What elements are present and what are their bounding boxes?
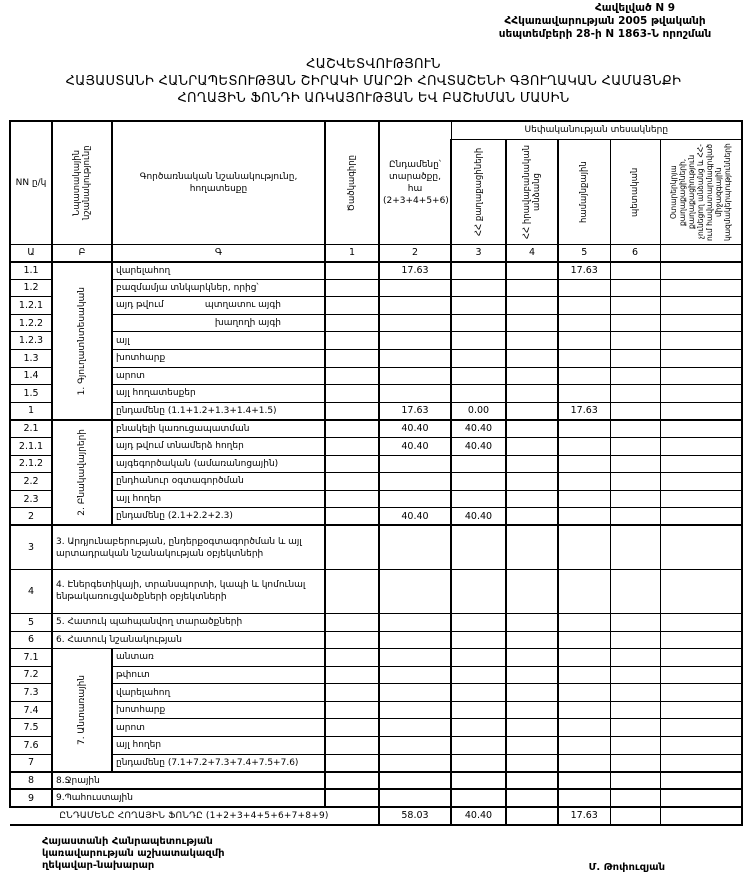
table-row: 7.6այլ հողեր xyxy=(10,737,742,755)
row-label: 5. Հատուկ պահպանվող տարածքների xyxy=(52,613,325,631)
table-row: 1.2.2խաղողի այգի xyxy=(10,314,742,332)
value-cell-c2 xyxy=(451,473,506,491)
row-label: այդ թվումպտղատու այգի xyxy=(112,297,325,315)
index-cell: 3 xyxy=(451,244,506,262)
table-row: 7.17. Անտառայինանտառ xyxy=(10,649,742,667)
value-cell-c6 xyxy=(660,367,742,385)
value-cell-total xyxy=(379,314,451,332)
value-cell-total xyxy=(379,701,451,719)
value-cell-c4 xyxy=(558,772,610,790)
row-number: 1 xyxy=(10,402,52,420)
value-cell-c6 xyxy=(660,473,742,491)
value-cell-c3 xyxy=(506,508,558,526)
row-label: այլ հողեր xyxy=(112,490,325,508)
header-col-3: ՀՀ իրավաբանական անձանց xyxy=(506,139,558,244)
value-cell-c2 xyxy=(451,349,506,367)
value-cell-c6 xyxy=(660,719,742,737)
value-cell-total: 40.40 xyxy=(379,437,451,455)
row-code xyxy=(325,525,379,569)
value-cell-total xyxy=(379,473,451,491)
row-label: 4. Էներգետիկայի, տրանսպորտի, կապի և կոմո… xyxy=(52,569,325,613)
value-cell-total: 17.63 xyxy=(379,262,451,280)
value-cell-c3 xyxy=(506,332,558,350)
value-cell-c4 xyxy=(558,437,610,455)
row-label: այդ թվում տնամերձ հողեր xyxy=(112,437,325,455)
value-cell-total xyxy=(379,649,451,667)
value-cell-c4 xyxy=(558,367,610,385)
value-cell-c4 xyxy=(558,332,610,350)
row-label: 8.Ջրային xyxy=(52,772,325,790)
row-label: վարելահող xyxy=(112,262,325,280)
row-number: 1.2.3 xyxy=(10,332,52,350)
value-cell-c5 xyxy=(610,649,660,667)
value-cell-c5 xyxy=(610,719,660,737)
value-cell-c4 xyxy=(558,349,610,367)
row-label: ընդամենը (7.1+7.2+7.3+7.4+7.5+7.6) xyxy=(112,754,325,772)
index-cell: 4 xyxy=(506,244,558,262)
table-row: 1.4արոտ xyxy=(10,367,742,385)
row-code xyxy=(325,332,379,350)
row-code xyxy=(325,437,379,455)
table-row: 1ընդամենը (1.1+1.2+1.3+1.4+1.5)17.630.00… xyxy=(10,402,742,420)
value-cell-c3 xyxy=(506,367,558,385)
value-cell-c5 xyxy=(610,314,660,332)
table-row: 1.3խոտհարք xyxy=(10,349,742,367)
grand-total-total: 58.03 xyxy=(379,807,451,825)
value-cell-c5 xyxy=(610,684,660,702)
value-cell-c5 xyxy=(610,420,660,438)
value-cell-c3 xyxy=(506,297,558,315)
value-cell-c6 xyxy=(660,684,742,702)
value-cell-c5 xyxy=(610,737,660,755)
value-cell-c3 xyxy=(506,754,558,772)
signatory-title: Հայաստանի Հանրապետության կառավարության ա… xyxy=(42,836,225,872)
value-cell-c5 xyxy=(610,490,660,508)
grand-total-c5 xyxy=(610,807,660,825)
value-cell-c6 xyxy=(660,314,742,332)
value-cell-c3 xyxy=(506,631,558,649)
index-cell: Գ xyxy=(112,244,325,262)
row-code xyxy=(325,385,379,403)
value-cell-c4 xyxy=(558,490,610,508)
value-cell-c2 xyxy=(451,367,506,385)
row-label: թփուտ xyxy=(112,666,325,684)
table-row: 2ընդամենը (2.1+2.2+2.3)40.4040.40 xyxy=(10,508,742,526)
row-number: 2.1.1 xyxy=(10,437,52,455)
row-code xyxy=(325,719,379,737)
value-cell-total xyxy=(379,385,451,403)
header-col-6: Օտարերկրյա քաղաքացիների, քաղաքացիություն… xyxy=(660,139,742,244)
value-cell-total: 17.63 xyxy=(379,402,451,420)
value-cell-c3 xyxy=(506,719,558,737)
value-cell-c6 xyxy=(660,666,742,684)
value-cell-c6 xyxy=(660,437,742,455)
index-cell: Ա xyxy=(10,244,52,262)
value-cell-c4 xyxy=(558,385,610,403)
value-cell-c4 xyxy=(558,508,610,526)
value-cell-c4 xyxy=(558,473,610,491)
row-label: խոտհարք xyxy=(112,701,325,719)
value-cell-c4 xyxy=(558,569,610,613)
row-number: 2.3 xyxy=(10,490,52,508)
table-row: 55. Հատուկ պահպանվող տարածքների xyxy=(10,613,742,631)
index-cell: 6 xyxy=(610,244,660,262)
value-cell-c6 xyxy=(660,649,742,667)
row-number: 2 xyxy=(10,508,52,526)
value-cell-total xyxy=(379,613,451,631)
row-code xyxy=(325,262,379,280)
table-row: 1.2.1այդ թվումպտղատու այգի xyxy=(10,297,742,315)
row-number: 7.2 xyxy=(10,666,52,684)
value-cell-c6 xyxy=(660,525,742,569)
table-row: 1.5այլ հողատեսքեր xyxy=(10,385,742,403)
row-number: 4 xyxy=(10,569,52,613)
value-cell-total xyxy=(379,631,451,649)
row-number: 1.2.2 xyxy=(10,314,52,332)
value-cell-c4: 17.63 xyxy=(558,402,610,420)
table-row: 88.Ջրային xyxy=(10,772,742,790)
value-cell-c6 xyxy=(660,332,742,350)
table-row: 2.1.2այգեգործական (ամառանոցային) xyxy=(10,455,742,473)
row-number: 1.2 xyxy=(10,279,52,297)
value-cell-total xyxy=(379,772,451,790)
row-label: անտառ xyxy=(112,649,325,667)
value-cell-c2 xyxy=(451,314,506,332)
index-cell: 1 xyxy=(325,244,379,262)
row-label: խոտհարք xyxy=(112,349,325,367)
table-row: 2.2ընդհանուր օգտագործման xyxy=(10,473,742,491)
value-cell-total xyxy=(379,719,451,737)
category-group-label: 2. Բնակավայրերի xyxy=(52,420,112,526)
value-cell-c5 xyxy=(610,473,660,491)
value-cell-c3 xyxy=(506,569,558,613)
value-cell-c4 xyxy=(558,666,610,684)
row-label: 9.Պահուստային xyxy=(52,789,325,807)
value-cell-c5 xyxy=(610,332,660,350)
row-label: այգեգործական (ամառանոցային) xyxy=(112,455,325,473)
row-number: 3 xyxy=(10,525,52,569)
value-cell-c6 xyxy=(660,754,742,772)
row-label: վարելահող xyxy=(112,684,325,702)
signatory-title-line-2: կառավարության աշխատակազմի xyxy=(42,848,225,860)
value-cell-c6 xyxy=(660,402,742,420)
value-cell-c5 xyxy=(610,666,660,684)
table-row: 1.2.3այլ xyxy=(10,332,742,350)
row-number: 1.2.1 xyxy=(10,297,52,315)
value-cell-total xyxy=(379,455,451,473)
category-group-label: 7. Անտառային xyxy=(52,649,112,772)
row-label: բազմամյա տնկարկներ, որից՝ xyxy=(112,279,325,297)
value-cell-c3 xyxy=(506,349,558,367)
value-cell-total xyxy=(379,349,451,367)
value-cell-c3 xyxy=(506,666,558,684)
value-cell-c5 xyxy=(610,402,660,420)
value-cell-c4 xyxy=(558,701,610,719)
row-number: 7.5 xyxy=(10,719,52,737)
row-code xyxy=(325,508,379,526)
table-row: 2.12. Բնակավայրերիբնակելի կառուցապատման4… xyxy=(10,420,742,438)
index-cell: Բ xyxy=(52,244,112,262)
value-cell-c4 xyxy=(558,631,610,649)
value-cell-total: 40.40 xyxy=(379,508,451,526)
value-cell-c4 xyxy=(558,719,610,737)
row-code xyxy=(325,402,379,420)
value-cell-c3 xyxy=(506,684,558,702)
row-number: 2.2 xyxy=(10,473,52,491)
header-ownership-group: Սեփականության տեսակները xyxy=(451,121,742,139)
value-cell-c5 xyxy=(610,772,660,790)
row-code xyxy=(325,789,379,807)
row-code xyxy=(325,490,379,508)
value-cell-c6 xyxy=(660,455,742,473)
row-code xyxy=(325,297,379,315)
value-cell-c2 xyxy=(451,455,506,473)
row-code xyxy=(325,420,379,438)
row-label: այլ xyxy=(112,332,325,350)
value-cell-c6 xyxy=(660,569,742,613)
land-fund-table: NN ը/կ Նպատակային նշանակությունը Գործառն… xyxy=(9,120,743,826)
value-cell-c5 xyxy=(610,701,660,719)
table-row: 66. Հատուկ նշանակության xyxy=(10,631,742,649)
value-cell-c5 xyxy=(610,367,660,385)
row-label: խաղողի այգի xyxy=(112,314,325,332)
header-function: Գործառնական նշանակությունը, հողատեսքը xyxy=(112,121,325,244)
row-number: 2.1.2 xyxy=(10,455,52,473)
value-cell-c2: 0.00 xyxy=(451,402,506,420)
value-cell-c6 xyxy=(660,420,742,438)
grand-total-label: ԸՆԴԱՄԵՆԸ ՀՈՂԱՅԻՆ ՖՈՆԴԸ (1+2+3+4+5+6+7+8+… xyxy=(10,807,379,825)
row-number: 8 xyxy=(10,772,52,790)
row-code xyxy=(325,666,379,684)
value-cell-c2 xyxy=(451,279,506,297)
value-cell-total xyxy=(379,332,451,350)
header-category: Նպատակային նշանակությունը xyxy=(52,121,112,244)
value-cell-c6 xyxy=(660,737,742,755)
value-cell-c3 xyxy=(506,737,558,755)
value-cell-c3 xyxy=(506,701,558,719)
value-cell-c2 xyxy=(451,772,506,790)
table-row: 7.4խոտհարք xyxy=(10,701,742,719)
row-label: այլ հողեր xyxy=(112,737,325,755)
value-cell-c2 xyxy=(451,490,506,508)
grand-total-c2: 40.40 xyxy=(451,807,506,825)
annex-decree-line: ՀՀկառավարության 2005 թվականի xyxy=(475,15,735,28)
value-cell-c2 xyxy=(451,666,506,684)
value-cell-c5 xyxy=(610,349,660,367)
document-title: ՀԱՇՎԵՏՎՈՒԹՅՈՒՆ ՀԱՅԱՍՏԱՆԻ ՀԱՆՐԱՊԵՏՈՒԹՅԱՆ … xyxy=(0,56,747,107)
row-number: 7 xyxy=(10,754,52,772)
row-label: այլ հողատեսքեր xyxy=(112,385,325,403)
value-cell-c4 xyxy=(558,525,610,569)
index-cell xyxy=(660,244,742,262)
value-cell-c5 xyxy=(610,262,660,280)
row-number: 7.4 xyxy=(10,701,52,719)
value-cell-c6 xyxy=(660,701,742,719)
value-cell-c6 xyxy=(660,508,742,526)
table-row: 7ընդամենը (7.1+7.2+7.3+7.4+7.5+7.6) xyxy=(10,754,742,772)
table-row: 1.2բազմամյա տնկարկներ, որից՝ xyxy=(10,279,742,297)
value-cell-c5 xyxy=(610,525,660,569)
value-cell-c4 xyxy=(558,649,610,667)
row-label: ընդամենը (1.1+1.2+1.3+1.4+1.5) xyxy=(112,402,325,420)
value-cell-c5 xyxy=(610,631,660,649)
header-col-2: ՀՀ քաղաքացիների xyxy=(451,139,506,244)
table-row: 1.11. Գյուղատնտեսականվարելահող17.6317.63 xyxy=(10,262,742,280)
value-cell-c2 xyxy=(451,262,506,280)
value-cell-c6 xyxy=(660,297,742,315)
header-code: Ծածկագիրը xyxy=(325,121,379,244)
value-cell-c6 xyxy=(660,349,742,367)
value-cell-c2 xyxy=(451,754,506,772)
row-label: ընդհանուր օգտագործման xyxy=(112,473,325,491)
value-cell-total xyxy=(379,279,451,297)
row-label: արոտ xyxy=(112,367,325,385)
header-col-5: պետական xyxy=(610,139,660,244)
value-cell-c5 xyxy=(610,279,660,297)
category-group-label: 1. Գյուղատնտեսական xyxy=(52,262,112,420)
value-cell-c2 xyxy=(451,719,506,737)
row-code xyxy=(325,367,379,385)
value-cell-c4: 17.63 xyxy=(558,262,610,280)
value-cell-total xyxy=(379,525,451,569)
value-cell-c6 xyxy=(660,490,742,508)
row-code xyxy=(325,314,379,332)
value-cell-c5 xyxy=(610,569,660,613)
value-cell-total xyxy=(379,297,451,315)
value-cell-c4 xyxy=(558,684,610,702)
row-code xyxy=(325,455,379,473)
row-code xyxy=(325,569,379,613)
row-number: 1.1 xyxy=(10,262,52,280)
value-cell-c2: 40.40 xyxy=(451,508,506,526)
value-cell-c3 xyxy=(506,490,558,508)
value-cell-c3 xyxy=(506,649,558,667)
value-cell-c3 xyxy=(506,262,558,280)
value-cell-total xyxy=(379,490,451,508)
value-cell-c2: 40.40 xyxy=(451,437,506,455)
value-cell-c5 xyxy=(610,789,660,807)
value-cell-c5 xyxy=(610,613,660,631)
row-number: 7.3 xyxy=(10,684,52,702)
row-code xyxy=(325,613,379,631)
value-cell-c2 xyxy=(451,684,506,702)
value-cell-c2 xyxy=(451,332,506,350)
row-code xyxy=(325,473,379,491)
row-number: 1.4 xyxy=(10,367,52,385)
value-cell-c4 xyxy=(558,420,610,438)
value-cell-c3 xyxy=(506,279,558,297)
grand-total-row: ԸՆԴԱՄԵՆԸ ՀՈՂԱՅԻՆ ՖՈՆԴԸ (1+2+3+4+5+6+7+8+… xyxy=(10,807,742,825)
value-cell-c3 xyxy=(506,613,558,631)
value-cell-c6 xyxy=(660,613,742,631)
index-cell: 5 xyxy=(558,244,610,262)
signatory-title-line-1: Հայաստանի Հանրապետության xyxy=(42,836,225,848)
row-code xyxy=(325,684,379,702)
value-cell-c4 xyxy=(558,455,610,473)
value-cell-total: 40.40 xyxy=(379,420,451,438)
value-cell-total xyxy=(379,367,451,385)
value-cell-c3 xyxy=(506,455,558,473)
value-cell-c3 xyxy=(506,385,558,403)
value-cell-c2 xyxy=(451,297,506,315)
row-code xyxy=(325,737,379,755)
row-number: 1.5 xyxy=(10,385,52,403)
value-cell-c6 xyxy=(660,789,742,807)
value-cell-c6 xyxy=(660,631,742,649)
value-cell-c3 xyxy=(506,437,558,455)
value-cell-c4 xyxy=(558,613,610,631)
value-cell-c4 xyxy=(558,297,610,315)
value-cell-total xyxy=(379,737,451,755)
row-label: արոտ xyxy=(112,719,325,737)
value-cell-c3 xyxy=(506,420,558,438)
row-number: 2.1 xyxy=(10,420,52,438)
value-cell-c3 xyxy=(506,789,558,807)
value-cell-total xyxy=(379,789,451,807)
value-cell-c4 xyxy=(558,737,610,755)
grand-total-c4: 17.63 xyxy=(558,807,610,825)
value-cell-c5 xyxy=(610,385,660,403)
value-cell-c6 xyxy=(660,772,742,790)
value-cell-total xyxy=(379,684,451,702)
table-row: 99.Պահուստային xyxy=(10,789,742,807)
row-code xyxy=(325,349,379,367)
column-index-row: Ա Բ Գ 1 2 3 4 5 6 xyxy=(10,244,742,262)
value-cell-c4 xyxy=(558,279,610,297)
annex-decree-date: սեպտեմբերի 28-ի N 1863-Ն որոշման xyxy=(475,28,735,41)
row-label: 6. Հատուկ նշանակության xyxy=(52,631,325,649)
title-line-2: ՀԱՅԱՍՏԱՆԻ ՀԱՆՐԱՊԵՏՈՒԹՅԱՆ ՇԻՐԱԿԻ ՄԱՐԶԻ ՀՈ… xyxy=(0,73,747,90)
row-number: 9 xyxy=(10,789,52,807)
table-row: 7.3վարելահող xyxy=(10,684,742,702)
signatory-title-line-3: ղեկավար-նախարար xyxy=(42,860,225,872)
value-cell-c5 xyxy=(610,754,660,772)
value-cell-c2 xyxy=(451,569,506,613)
row-code xyxy=(325,279,379,297)
value-cell-c2 xyxy=(451,701,506,719)
row-code xyxy=(325,701,379,719)
table-row: 2.1.1այդ թվում տնամերձ հողեր40.4040.40 xyxy=(10,437,742,455)
grand-total-c3 xyxy=(506,807,558,825)
value-cell-c2 xyxy=(451,789,506,807)
value-cell-c3 xyxy=(506,402,558,420)
row-number: 5 xyxy=(10,613,52,631)
table-row: 44. Էներգետիկայի, տրանսպորտի, կապի և կոմ… xyxy=(10,569,742,613)
value-cell-c6 xyxy=(660,262,742,280)
value-cell-c4 xyxy=(558,754,610,772)
row-number: 1.3 xyxy=(10,349,52,367)
row-number: 7.6 xyxy=(10,737,52,755)
row-number: 6 xyxy=(10,631,52,649)
table-row: 33. Արդյունաբերության, ընդերքօգտագործման… xyxy=(10,525,742,569)
value-cell-c2 xyxy=(451,525,506,569)
value-cell-total xyxy=(379,754,451,772)
row-code xyxy=(325,649,379,667)
grand-total-c6 xyxy=(660,807,742,825)
row-label: բնակելի կառուցապատման xyxy=(112,420,325,438)
row-code xyxy=(325,754,379,772)
table-row: 2.3այլ հողեր xyxy=(10,490,742,508)
value-cell-c2 xyxy=(451,737,506,755)
value-cell-c5 xyxy=(610,508,660,526)
header-nn: NN ը/կ xyxy=(10,121,52,244)
header-total: Ընդամենը՝ տարածքը, հա (2+3+4+5+6) xyxy=(379,121,451,244)
value-cell-c4 xyxy=(558,314,610,332)
title-line-3: ՀՈՂԱՅԻՆ ՖՈՆԴԻ ԱՌԿԱՅՈՒԹՅԱՆ ԵՎ ԲԱՇԽՄԱՆ ՄԱՍ… xyxy=(0,90,747,107)
title-line-1: ՀԱՇՎԵՏՎՈՒԹՅՈՒՆ xyxy=(0,56,747,73)
annex-number: Հավելված N 9 xyxy=(475,2,735,15)
table-row: 7.5արոտ xyxy=(10,719,742,737)
